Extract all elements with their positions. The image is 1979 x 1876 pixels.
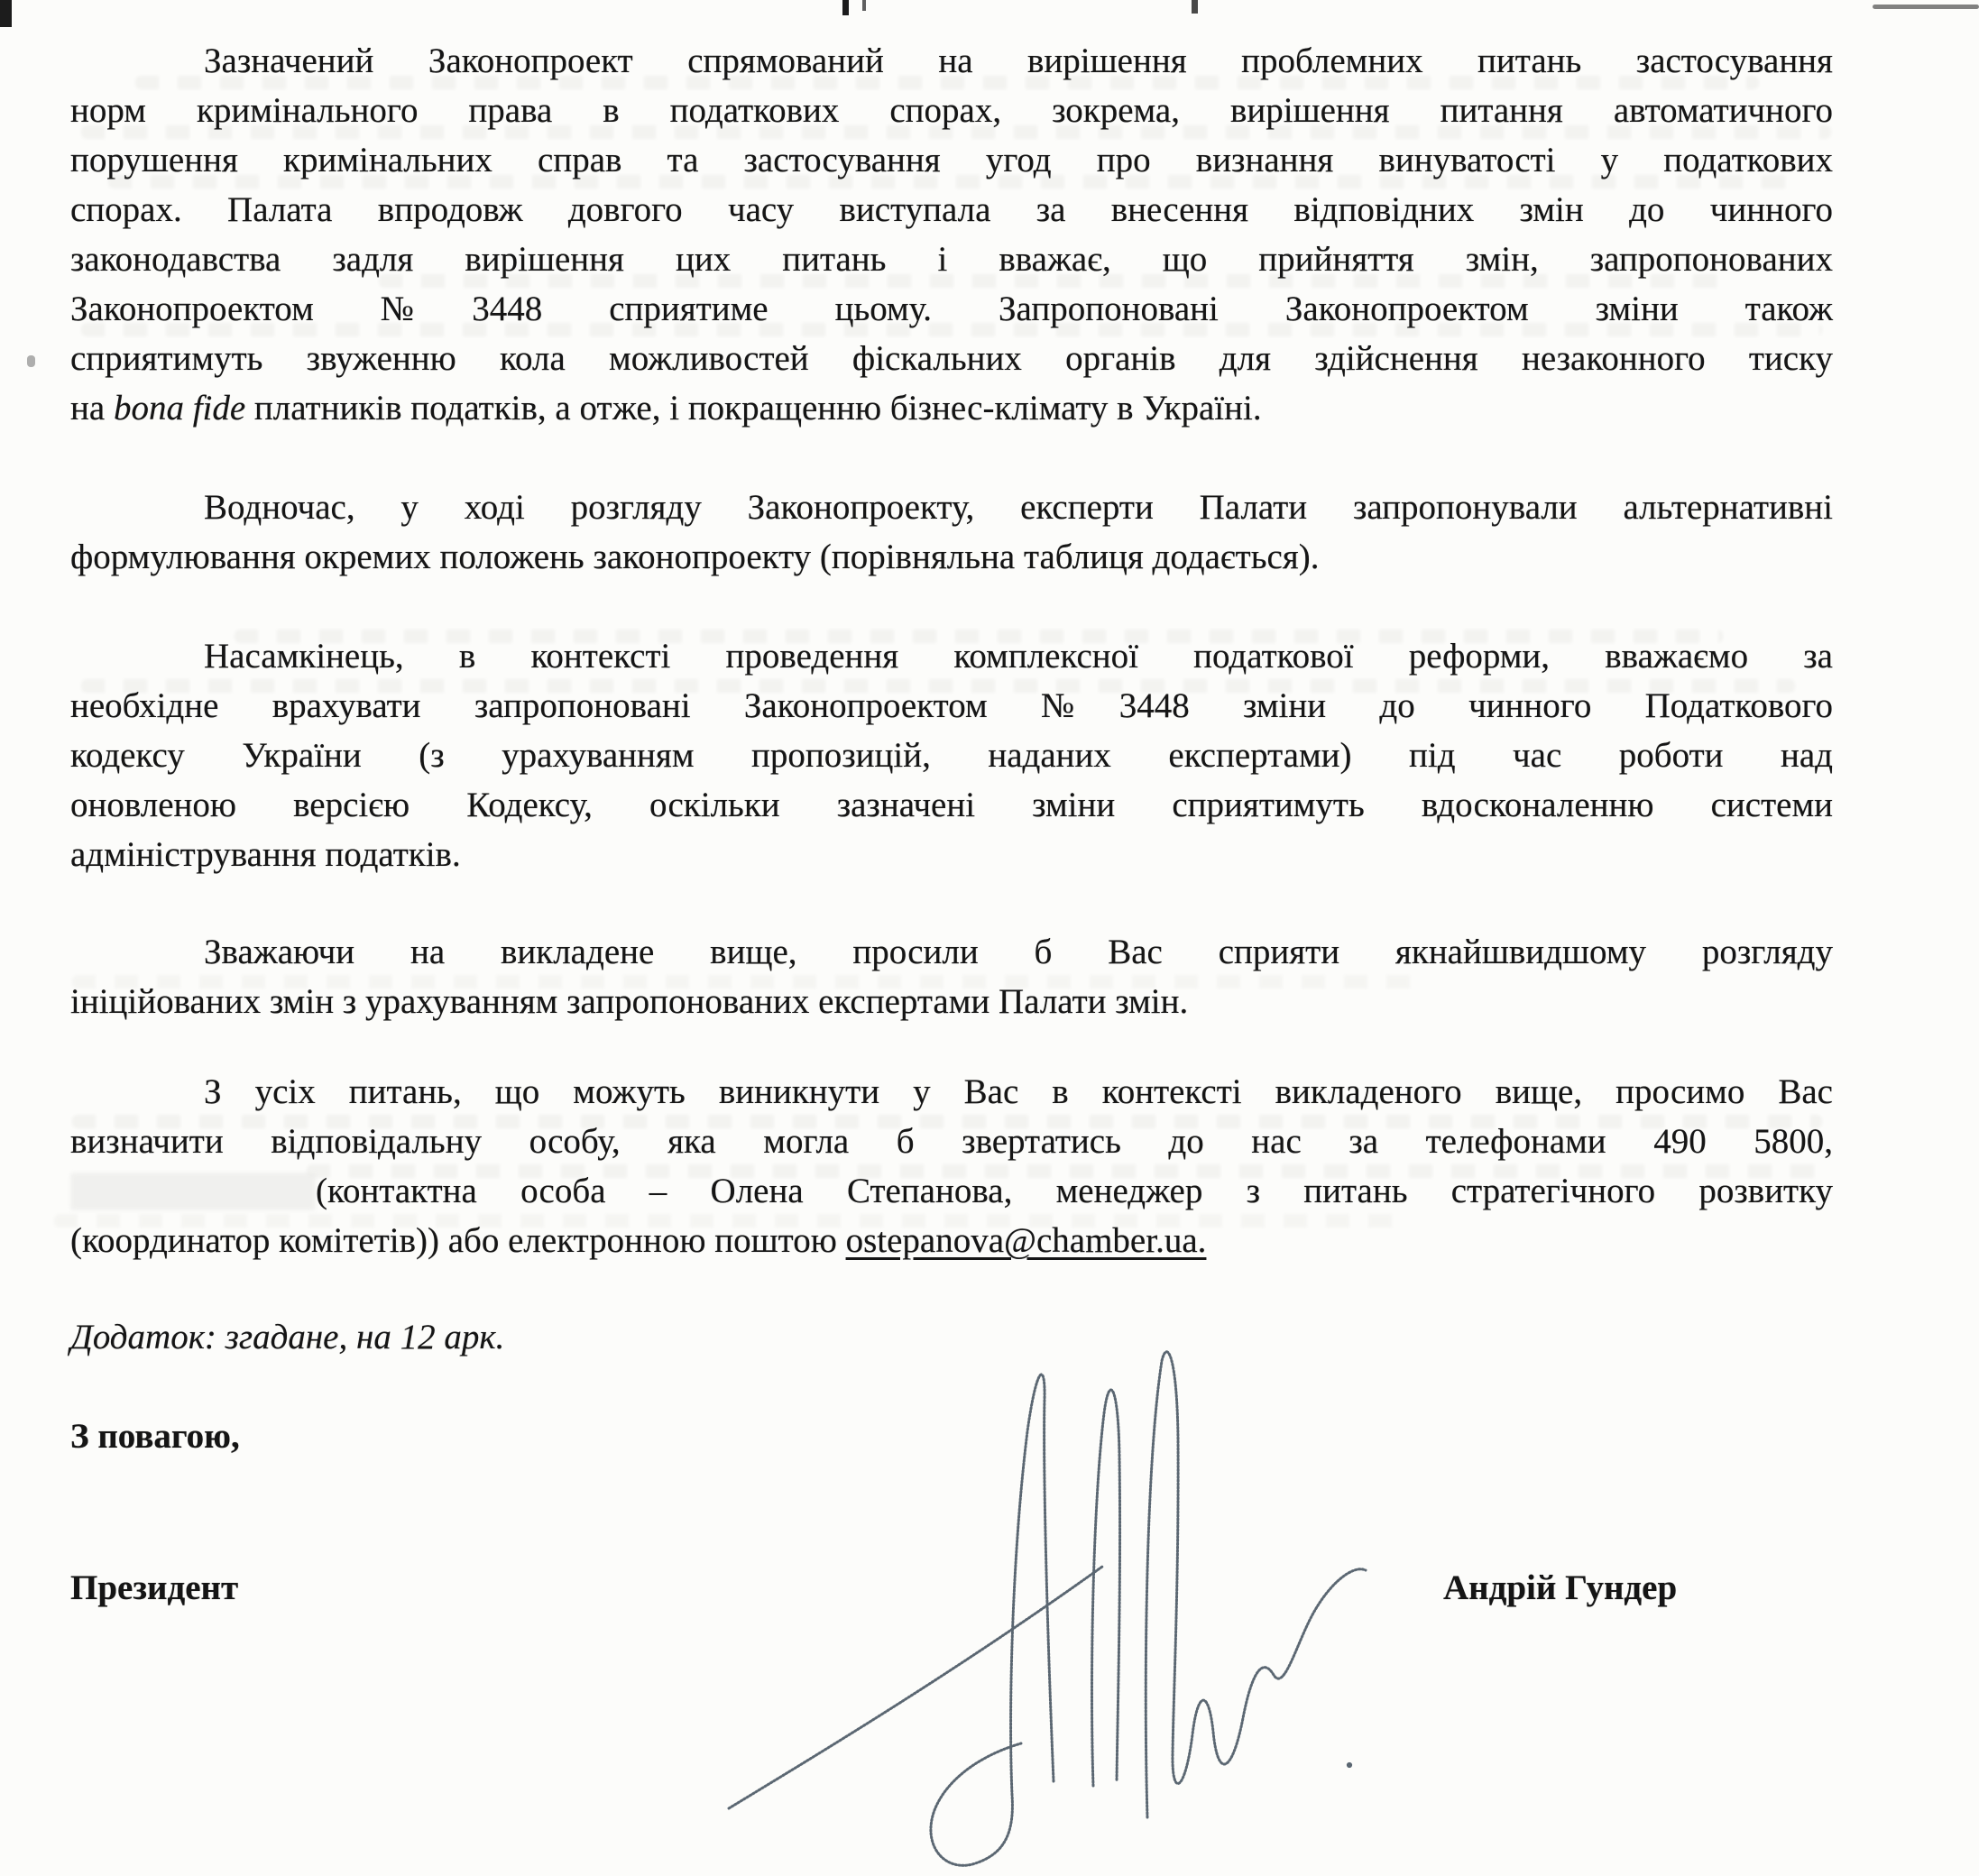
text-line: сприятимуть звуженню кола можливостей фі… — [70, 334, 1833, 383]
scan-artifact — [1873, 5, 1979, 9]
scan-artifact — [27, 355, 35, 367]
text-line: порушення кримінальних справ та застосув… — [70, 135, 1833, 185]
signer-title: Президент — [70, 1563, 238, 1613]
text-line: на bona fide платників податків, а отже,… — [70, 383, 1833, 433]
text-line: Водночас, у ході розгляду Законопроекту,… — [70, 483, 1833, 532]
text-line: Законопроектом №3448 сприятиме цьому. За… — [70, 284, 1833, 334]
scan-artifact — [862, 0, 866, 11]
text-line: З усіх питань, що можуть виникнути у Вас… — [70, 1067, 1833, 1117]
email-text: ostepanova@chamber.ua. — [846, 1221, 1207, 1260]
scan-artifact — [842, 0, 849, 15]
text-line: визначити відповідальну особу, яка могла… — [70, 1117, 1833, 1166]
text-line: адміністрування податків. — [70, 830, 1833, 879]
signer-name: Андрій Гундер — [1443, 1563, 1677, 1613]
emphasized-text: bona fide — [114, 389, 245, 428]
body-paragraph-2: Водночас, у ході розгляду Законопроекту,… — [70, 483, 1833, 582]
text-segment: на — [70, 389, 114, 428]
body-paragraph-3: Насамкінець, в контексті проведення комп… — [70, 631, 1833, 879]
text-line: Насамкінець, в контексті проведення комп… — [70, 631, 1833, 681]
scan-artifact — [1192, 0, 1198, 14]
handwritten-signature — [686, 1330, 1407, 1871]
body-paragraph-5: З усіх питань, що можуть виникнути у Вас… — [70, 1067, 1833, 1265]
text-line: ініційованих змін з урахуванням запропон… — [70, 977, 1833, 1026]
text-line: норм кримінального права в податкових сп… — [70, 86, 1833, 135]
scan-artifact — [0, 0, 12, 27]
scanned-letter-page: Зазначений Законопроект спрямований на в… — [0, 0, 1979, 1876]
text-line: спорах. Палата впродовж довгого часу вис… — [70, 185, 1833, 234]
text-line: (координатор комітетів)) або електронною… — [70, 1216, 1833, 1265]
text-segment: платників податків, а отже, і покращенню… — [245, 389, 1261, 428]
text-segment: (координатор комітетів)) або електронною… — [70, 1221, 846, 1260]
text-line: оновленою версією Кодексу, оскільки зазн… — [70, 780, 1833, 830]
body-paragraph-4: Зважаючи на викладене вище, просили б Ва… — [70, 927, 1833, 1026]
body-paragraph-1: Зазначений Законопроект спрямований на в… — [70, 36, 1833, 433]
text-line: (контактна особа – Олена Степанова, мене… — [70, 1166, 1833, 1216]
text-line: законодавства задля вирішення цих питань… — [70, 234, 1833, 284]
text-line: формулювання окремих положень законопрое… — [70, 532, 1833, 582]
text-line: кодексу України (з урахуванням пропозиці… — [70, 731, 1833, 780]
text-line: необхідне врахувати запропоновані Законо… — [70, 681, 1833, 731]
text-line: Зважаючи на викладене вище, просили б Ва… — [70, 927, 1833, 977]
text-line: Зазначений Законопроект спрямований на в… — [70, 36, 1833, 86]
